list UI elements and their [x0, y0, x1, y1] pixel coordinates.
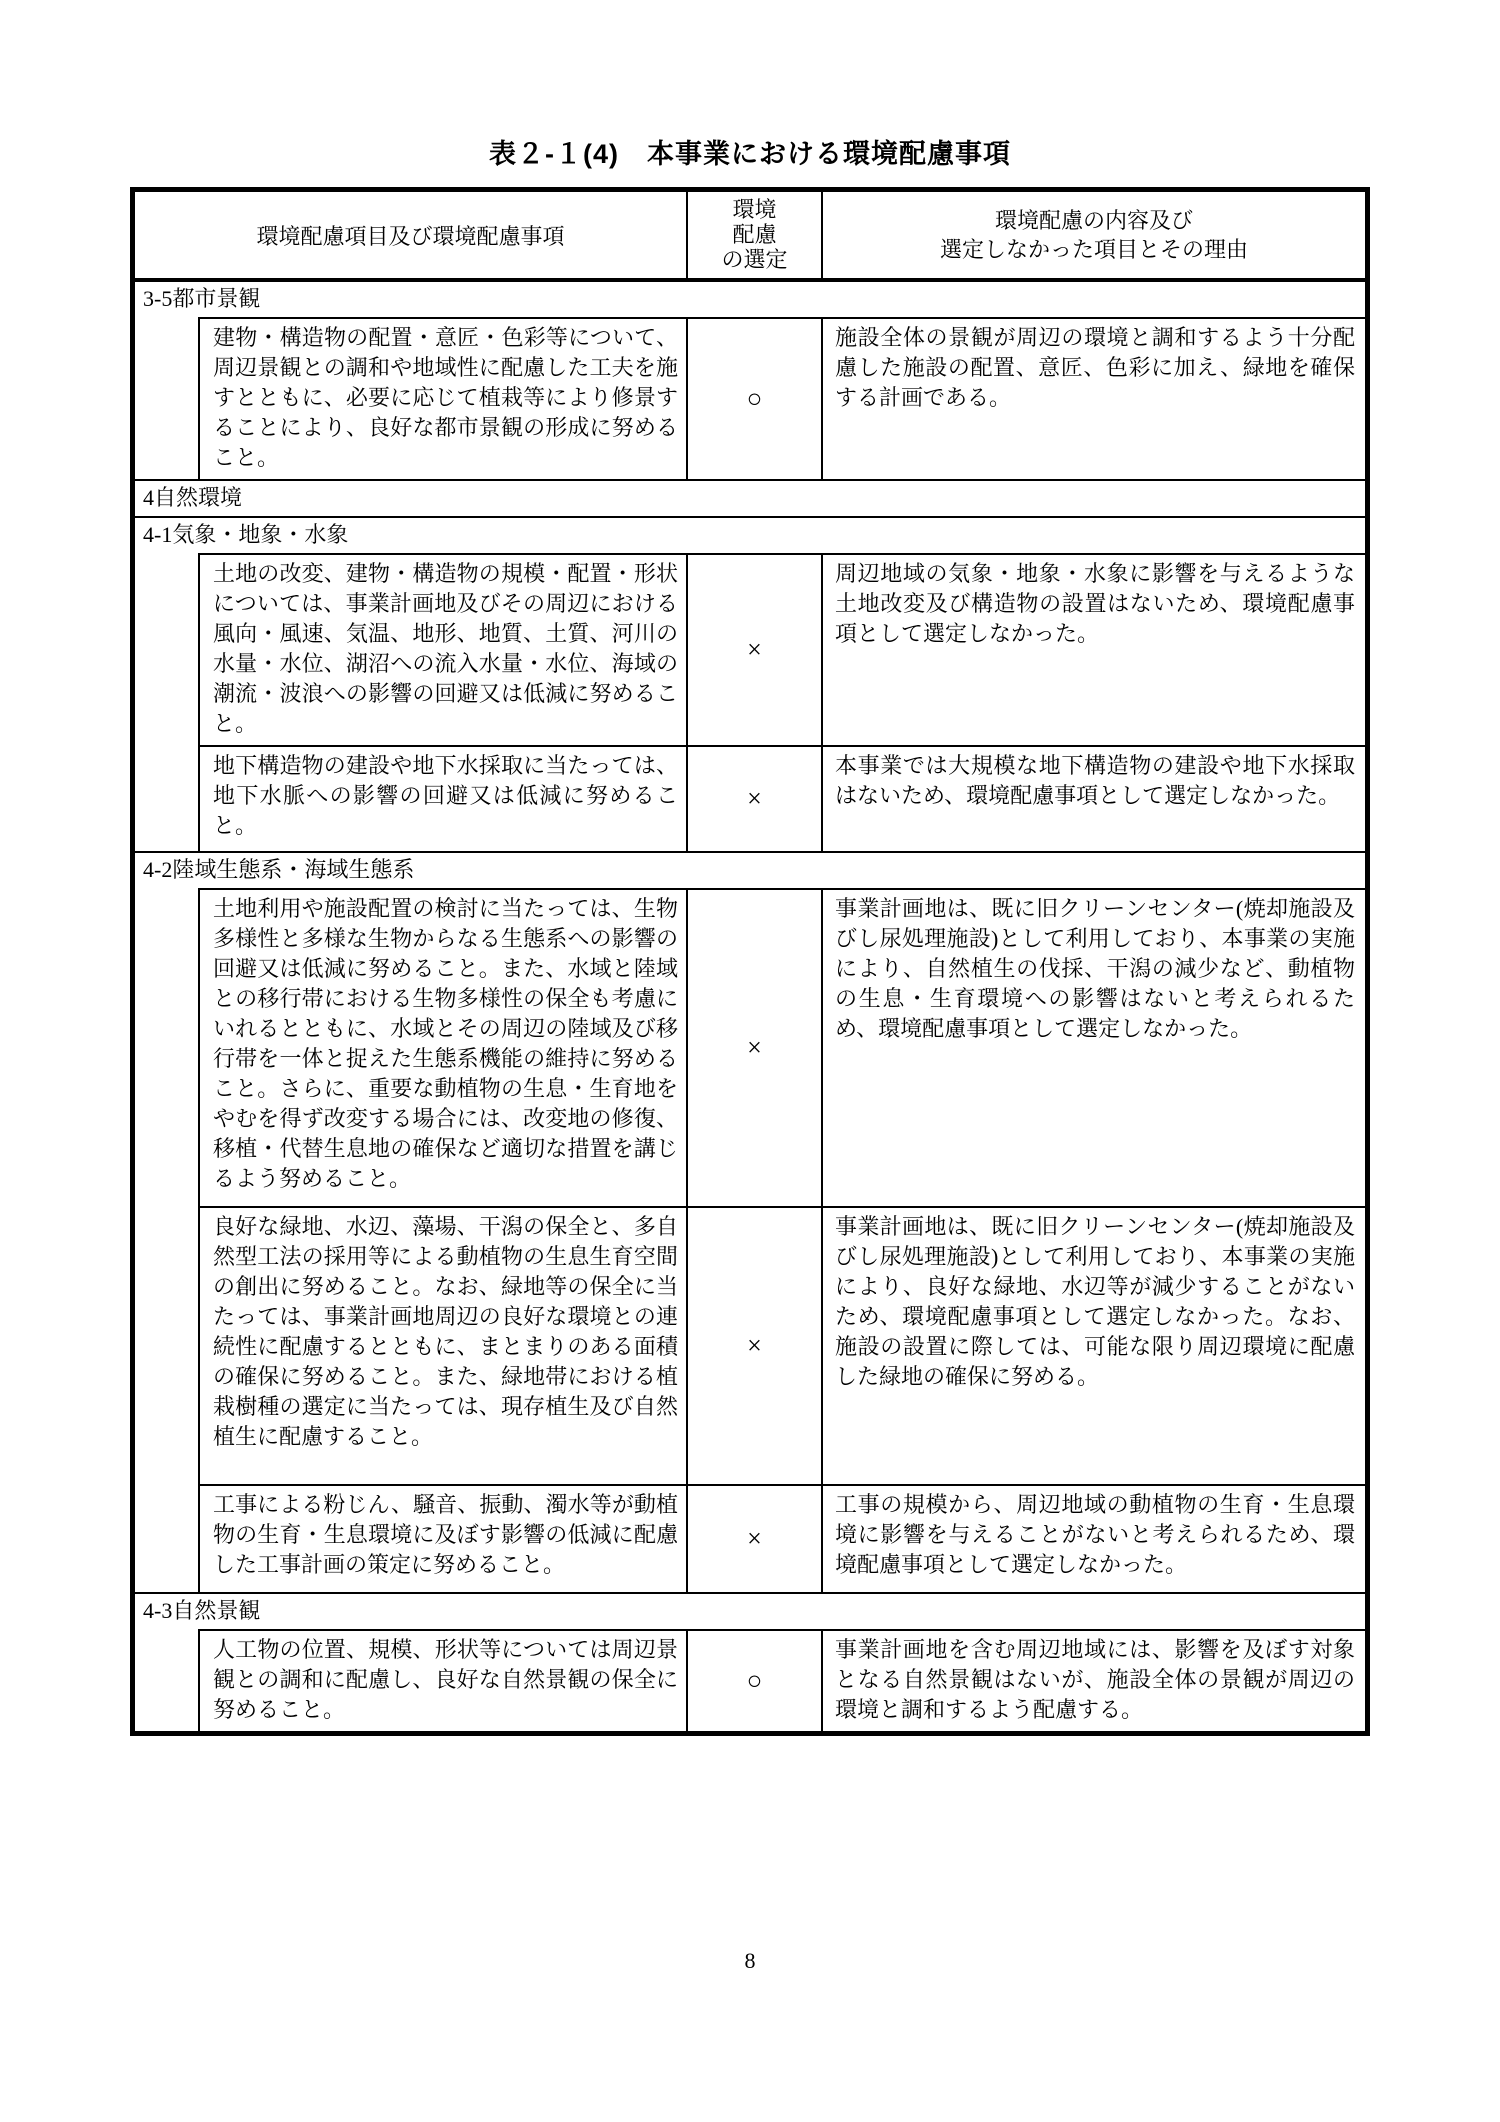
item-text-cell: 土地の改変、建物・構造物の規模・配置・形状については、事業計画地及びその周辺にお… — [198, 553, 686, 745]
selection-mark: ○ — [686, 317, 823, 479]
indent-gutter — [135, 317, 198, 479]
section-row-ecosystem: 4-2陸域生態系・海域生態系 — [135, 851, 1365, 888]
reason-cell: 事業計画地を含む周辺地域には、影響を及ぼす対象となる自然景観はないが、施設全体の… — [823, 1629, 1365, 1731]
indent-gutter — [135, 1206, 198, 1484]
header-items-column: 環境配慮項目及び環境配慮事項 — [135, 192, 686, 278]
reason-cell: 本事業では大規模な地下構造物の建設や地下水採取はないため、環境配慮事項として選定… — [823, 745, 1365, 851]
header-selection-line3: の選定 — [688, 247, 821, 272]
item-text-cell: 工事による粉じん、騒音、振動、濁水等が動植物の生育・生息環境に及ぼす影響の低減に… — [198, 1484, 686, 1592]
header-reason-line1: 環境配慮の内容及び — [995, 206, 1193, 235]
header-reason-column: 環境配慮の内容及び 選定しなかった項目とその理由 — [823, 192, 1365, 278]
table-header-row: 環境配慮項目及び環境配慮事項 環境 配慮 の選定 環境配慮の内容及び 選定しなか… — [135, 192, 1365, 282]
selection-mark: × — [686, 1206, 823, 1484]
environmental-consideration-table: 環境配慮項目及び環境配慮事項 環境 配慮 の選定 環境配慮の内容及び 選定しなか… — [130, 187, 1370, 1736]
item-row: 建物・構造物の配置・意匠・色彩等について、周辺景観との調和や地域性に配慮した工夫… — [135, 317, 1365, 479]
reason-cell: 施設全体の景観が周辺の環境と調和するよう十分配慮した施設の配置、意匠、色彩に加え… — [823, 317, 1365, 479]
page-title: 表２-１(4) 本事業における環境配慮事項 — [0, 0, 1500, 171]
selection-mark: × — [686, 1484, 823, 1592]
item-row: 人工物の位置、規模、形状等については周辺景観との調和に配慮し、良好な自然景観の保… — [135, 1629, 1365, 1731]
item-row: 地下構造物の建設や地下水採取に当たっては、地下水脈への影響の回避又は低減に努める… — [135, 745, 1365, 851]
indent-gutter — [135, 1484, 198, 1592]
page-number: 8 — [0, 1948, 1500, 1974]
reason-cell: 事業計画地は、既に旧クリーンセンター(焼却施設及びし尿処理施設)として利用してお… — [823, 1206, 1365, 1484]
header-selection-line2: 配慮 — [688, 222, 821, 247]
header-items-label: 環境配慮項目及び環境配慮事項 — [256, 220, 564, 251]
section-row-natural-landscape: 4-3自然景観 — [135, 1592, 1365, 1629]
item-text-cell: 人工物の位置、規模、形状等については周辺景観との調和に配慮し、良好な自然景観の保… — [198, 1629, 686, 1731]
indent-gutter — [135, 745, 198, 851]
reason-cell: 事業計画地は、既に旧クリーンセンター(焼却施設及びし尿処理施設)として利用してお… — [823, 888, 1365, 1206]
header-selection-column: 環境 配慮 の選定 — [686, 192, 823, 278]
selection-mark: × — [686, 745, 823, 851]
header-selection-line1: 環境 — [688, 197, 821, 222]
item-row: 工事による粉じん、騒音、振動、濁水等が動植物の生育・生息環境に及ぼす影響の低減に… — [135, 1484, 1365, 1592]
document-page: { "page": { "title": "表２-１(4) 本事業における環境配… — [0, 0, 1500, 2122]
indent-gutter — [135, 888, 198, 1206]
selection-mark: × — [686, 888, 823, 1206]
section-row-natural-environment: 4自然環境 — [135, 479, 1365, 516]
selection-mark: × — [686, 553, 823, 745]
section-row-meteorology: 4-1気象・地象・水象 — [135, 516, 1365, 553]
indent-gutter — [135, 553, 198, 745]
reason-cell: 周辺地域の気象・地象・水象に影響を与えるような土地改変及び構造物の設置はないため… — [823, 553, 1365, 745]
item-row: 土地利用や施設配置の検討に当たっては、生物多様性と多様な生物からなる生態系への影… — [135, 888, 1365, 1206]
item-row: 土地の改変、建物・構造物の規模・配置・形状については、事業計画地及びその周辺にお… — [135, 553, 1365, 745]
reason-cell: 工事の規模から、周辺地域の動植物の生育・生息環境に影響を与えることがないと考えら… — [823, 1484, 1365, 1592]
header-reason-line2: 選定しなかった項目とその理由 — [940, 235, 1248, 264]
selection-mark: ○ — [686, 1629, 823, 1731]
indent-gutter — [135, 1629, 198, 1731]
item-text-cell: 地下構造物の建設や地下水採取に当たっては、地下水脈への影響の回避又は低減に努める… — [198, 745, 686, 851]
item-text-cell: 土地利用や施設配置の検討に当たっては、生物多様性と多様な生物からなる生態系への影… — [198, 888, 686, 1206]
item-text-cell: 建物・構造物の配置・意匠・色彩等について、周辺景観との調和や地域性に配慮した工夫… — [198, 317, 686, 479]
item-text-cell: 良好な緑地、水辺、藻場、干潟の保全と、多自然型工法の採用等による動植物の生息生育… — [198, 1206, 686, 1484]
item-row: 良好な緑地、水辺、藻場、干潟の保全と、多自然型工法の採用等による動植物の生息生育… — [135, 1206, 1365, 1484]
section-row-urban-landscape: 3-5都市景観 — [135, 282, 1365, 317]
